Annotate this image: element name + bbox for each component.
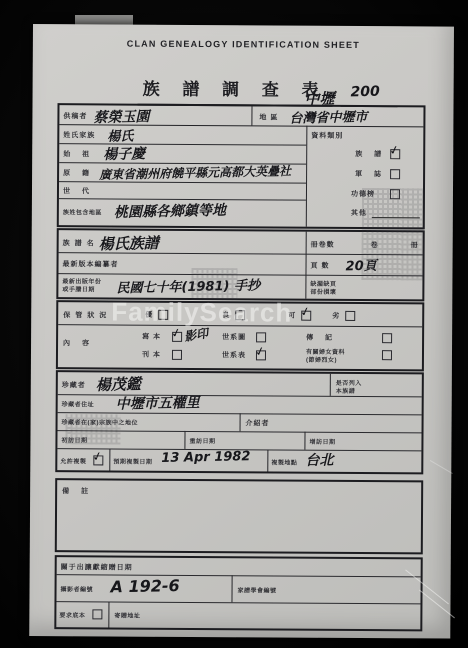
- content-biography-checkbox: [382, 333, 392, 343]
- category-option-merit: 功德榜: [351, 189, 375, 199]
- copy-place-label: 複製地點: [271, 457, 297, 466]
- area-value: 桃園縣各鄉鎮等地: [114, 200, 226, 222]
- condition-poor-checkbox: [345, 311, 355, 321]
- donation-date-label: 關于出讓獻縮贈日期: [61, 562, 133, 572]
- section-volume-info: 族譜名 楊氏族譜 冊卷數 卷 冊 最新版本編纂者 頁 數 20頁 最新出版年份 …: [56, 228, 424, 301]
- category-other-line: [372, 217, 420, 218]
- category-option-gazetteer: 軍 誌: [355, 169, 386, 179]
- scan-scratch-mark: [430, 460, 453, 474]
- section-condition-content: 保管狀況 優 良 可 ✓ 劣 內 容 寫 本 ✓ 影印 刊 本 世系圖 世系表 …: [56, 300, 424, 371]
- content-biography: 傳 記: [306, 333, 337, 343]
- content-manuscript-checkmark: ✓: [170, 325, 183, 341]
- page-note-number: 200: [350, 84, 380, 101]
- position-label: 珍藏者在(家)宗族中之地位: [62, 417, 139, 426]
- publication-value: 民國七十年(1981) 手抄: [116, 275, 260, 297]
- society-number-label: 家譜學會編號: [238, 585, 277, 594]
- content-manuscript-note: 影印: [183, 324, 210, 345]
- founder-label: 始 祖: [63, 149, 94, 159]
- listed-label-line2: 本族譜: [336, 386, 356, 395]
- region-label: 地 區: [259, 112, 278, 122]
- category-merit-checkbox: [390, 189, 400, 199]
- editor-label: 最新版本編纂者: [63, 259, 119, 269]
- provider-value: 蔡榮玉園: [93, 106, 149, 127]
- content-manuscript: 寫 本: [142, 332, 161, 342]
- condition-good: 良: [222, 310, 230, 320]
- revisit-label: 重訪日期: [189, 436, 215, 445]
- origin-value: 廣東省潮州府饒平縣元高都大英疊社: [99, 162, 291, 183]
- pages-value: 20頁: [345, 255, 376, 275]
- condition-poor: 劣: [332, 311, 340, 321]
- content-label: 內 容: [63, 338, 94, 348]
- address-label: 珍藏者住址: [62, 399, 95, 408]
- category-genealogy-checkmark: ✓: [388, 142, 401, 158]
- section-basic-info: 供稿者 蔡榮玉園 地 區 台灣省中壢市 姓氏家族 楊氏 始 祖 楊子慶 原 籍 …: [57, 103, 426, 229]
- founder-value: 楊子慶: [103, 143, 145, 164]
- category-label: 資料類別: [311, 131, 343, 141]
- scanned-form-paper: CLAN GENEALOGY IDENTIFICATION SHEET 族 譜 …: [29, 24, 454, 639]
- owner-label: 珍藏者: [62, 380, 86, 390]
- content-pedigree-chart-checkbox: [256, 332, 266, 342]
- photo-background: CLAN GENEALOGY IDENTIFICATION SHEET 族 譜 …: [0, 0, 468, 648]
- condition-good-checkbox: [235, 310, 245, 320]
- added-visit-label: 增訪日期: [309, 437, 335, 446]
- address-value: 中壢市五權里: [115, 392, 199, 414]
- volumes-unit2: 冊: [411, 240, 419, 250]
- copy-permission-label: 允許複製: [60, 456, 86, 465]
- area-label: 族姓包含地區: [63, 207, 102, 216]
- content-pedigree-table-checkmark: ✓: [253, 343, 266, 359]
- category-gazetteer-checkbox: [390, 169, 400, 179]
- pages-label: 頁 數: [310, 261, 329, 271]
- request-copy-label: 要求底本: [59, 610, 85, 619]
- copy-date-value: 13 Apr 1982: [161, 449, 250, 466]
- request-copy-checkbox: [92, 609, 102, 619]
- introducer-label: 介紹者: [246, 418, 270, 428]
- first-visit-label: 初訪日期: [61, 435, 87, 444]
- content-printed: 刊 本: [142, 350, 161, 360]
- volumes-label: 冊卷數: [311, 240, 335, 250]
- title-value: 楊氏族譜: [98, 232, 158, 254]
- section-filming-info: 關于出讓獻縮贈日期 攝影者編號 A 192-6 家譜學會編號 要求底本 寄贈地址: [54, 555, 422, 631]
- title-label: 族譜名: [63, 238, 99, 248]
- surname-label: 姓氏家族: [63, 130, 95, 140]
- photographer-number-value: A 192-6: [110, 576, 179, 596]
- content-pedigree-table: 世系表: [222, 350, 246, 360]
- category-option-genealogy: 族 譜: [355, 149, 386, 159]
- mailing-address-label: 寄贈地址: [114, 611, 140, 620]
- condition-label: 保管狀況: [63, 310, 111, 320]
- remarks-label: 備 註: [62, 486, 93, 496]
- condition-fair: 可: [288, 311, 296, 321]
- section-owner-visits: 珍藏者 楊茂鑑 是否列入 本族譜 珍藏者住址 中壢市五權里 珍藏者在(家)宗族中…: [55, 370, 424, 474]
- copy-permission-checkmark: ✓: [91, 448, 104, 464]
- generations-label: 世 代: [63, 186, 94, 196]
- volumes-unit1: 卷: [371, 240, 379, 250]
- content-women-records-sub: (節婦烈女): [306, 355, 337, 364]
- section-remarks: 備 註: [55, 478, 423, 554]
- condition-fair-checkmark: ✓: [299, 304, 312, 320]
- condition-excellent-checkbox: [158, 310, 168, 320]
- condition-excellent: 優: [145, 310, 153, 320]
- copy-place-value: 台北: [305, 449, 333, 470]
- photographer-number-label: 攝影者編號: [61, 584, 94, 593]
- english-header: CLAN GENEALOGY IDENTIFICATION SHEET: [33, 38, 454, 51]
- content-women-records-checkbox: [382, 350, 392, 360]
- owner-value: 楊茂鑑: [96, 373, 141, 395]
- region-value: 台灣省中壢市: [289, 106, 367, 127]
- damage-label-line2: 部份損壞: [310, 287, 336, 296]
- origin-label: 原 籍: [63, 168, 94, 178]
- content-printed-checkbox: [172, 350, 182, 360]
- copy-date-label: 預期複製日期: [113, 456, 152, 465]
- publication-label-line2: 或手謄日期: [62, 284, 95, 293]
- content-pedigree-chart: 世系圖: [222, 332, 246, 342]
- category-other-label: 其他: [351, 208, 367, 218]
- provider-label: 供稿者: [63, 111, 87, 121]
- surname-value: 楊氏: [107, 125, 133, 145]
